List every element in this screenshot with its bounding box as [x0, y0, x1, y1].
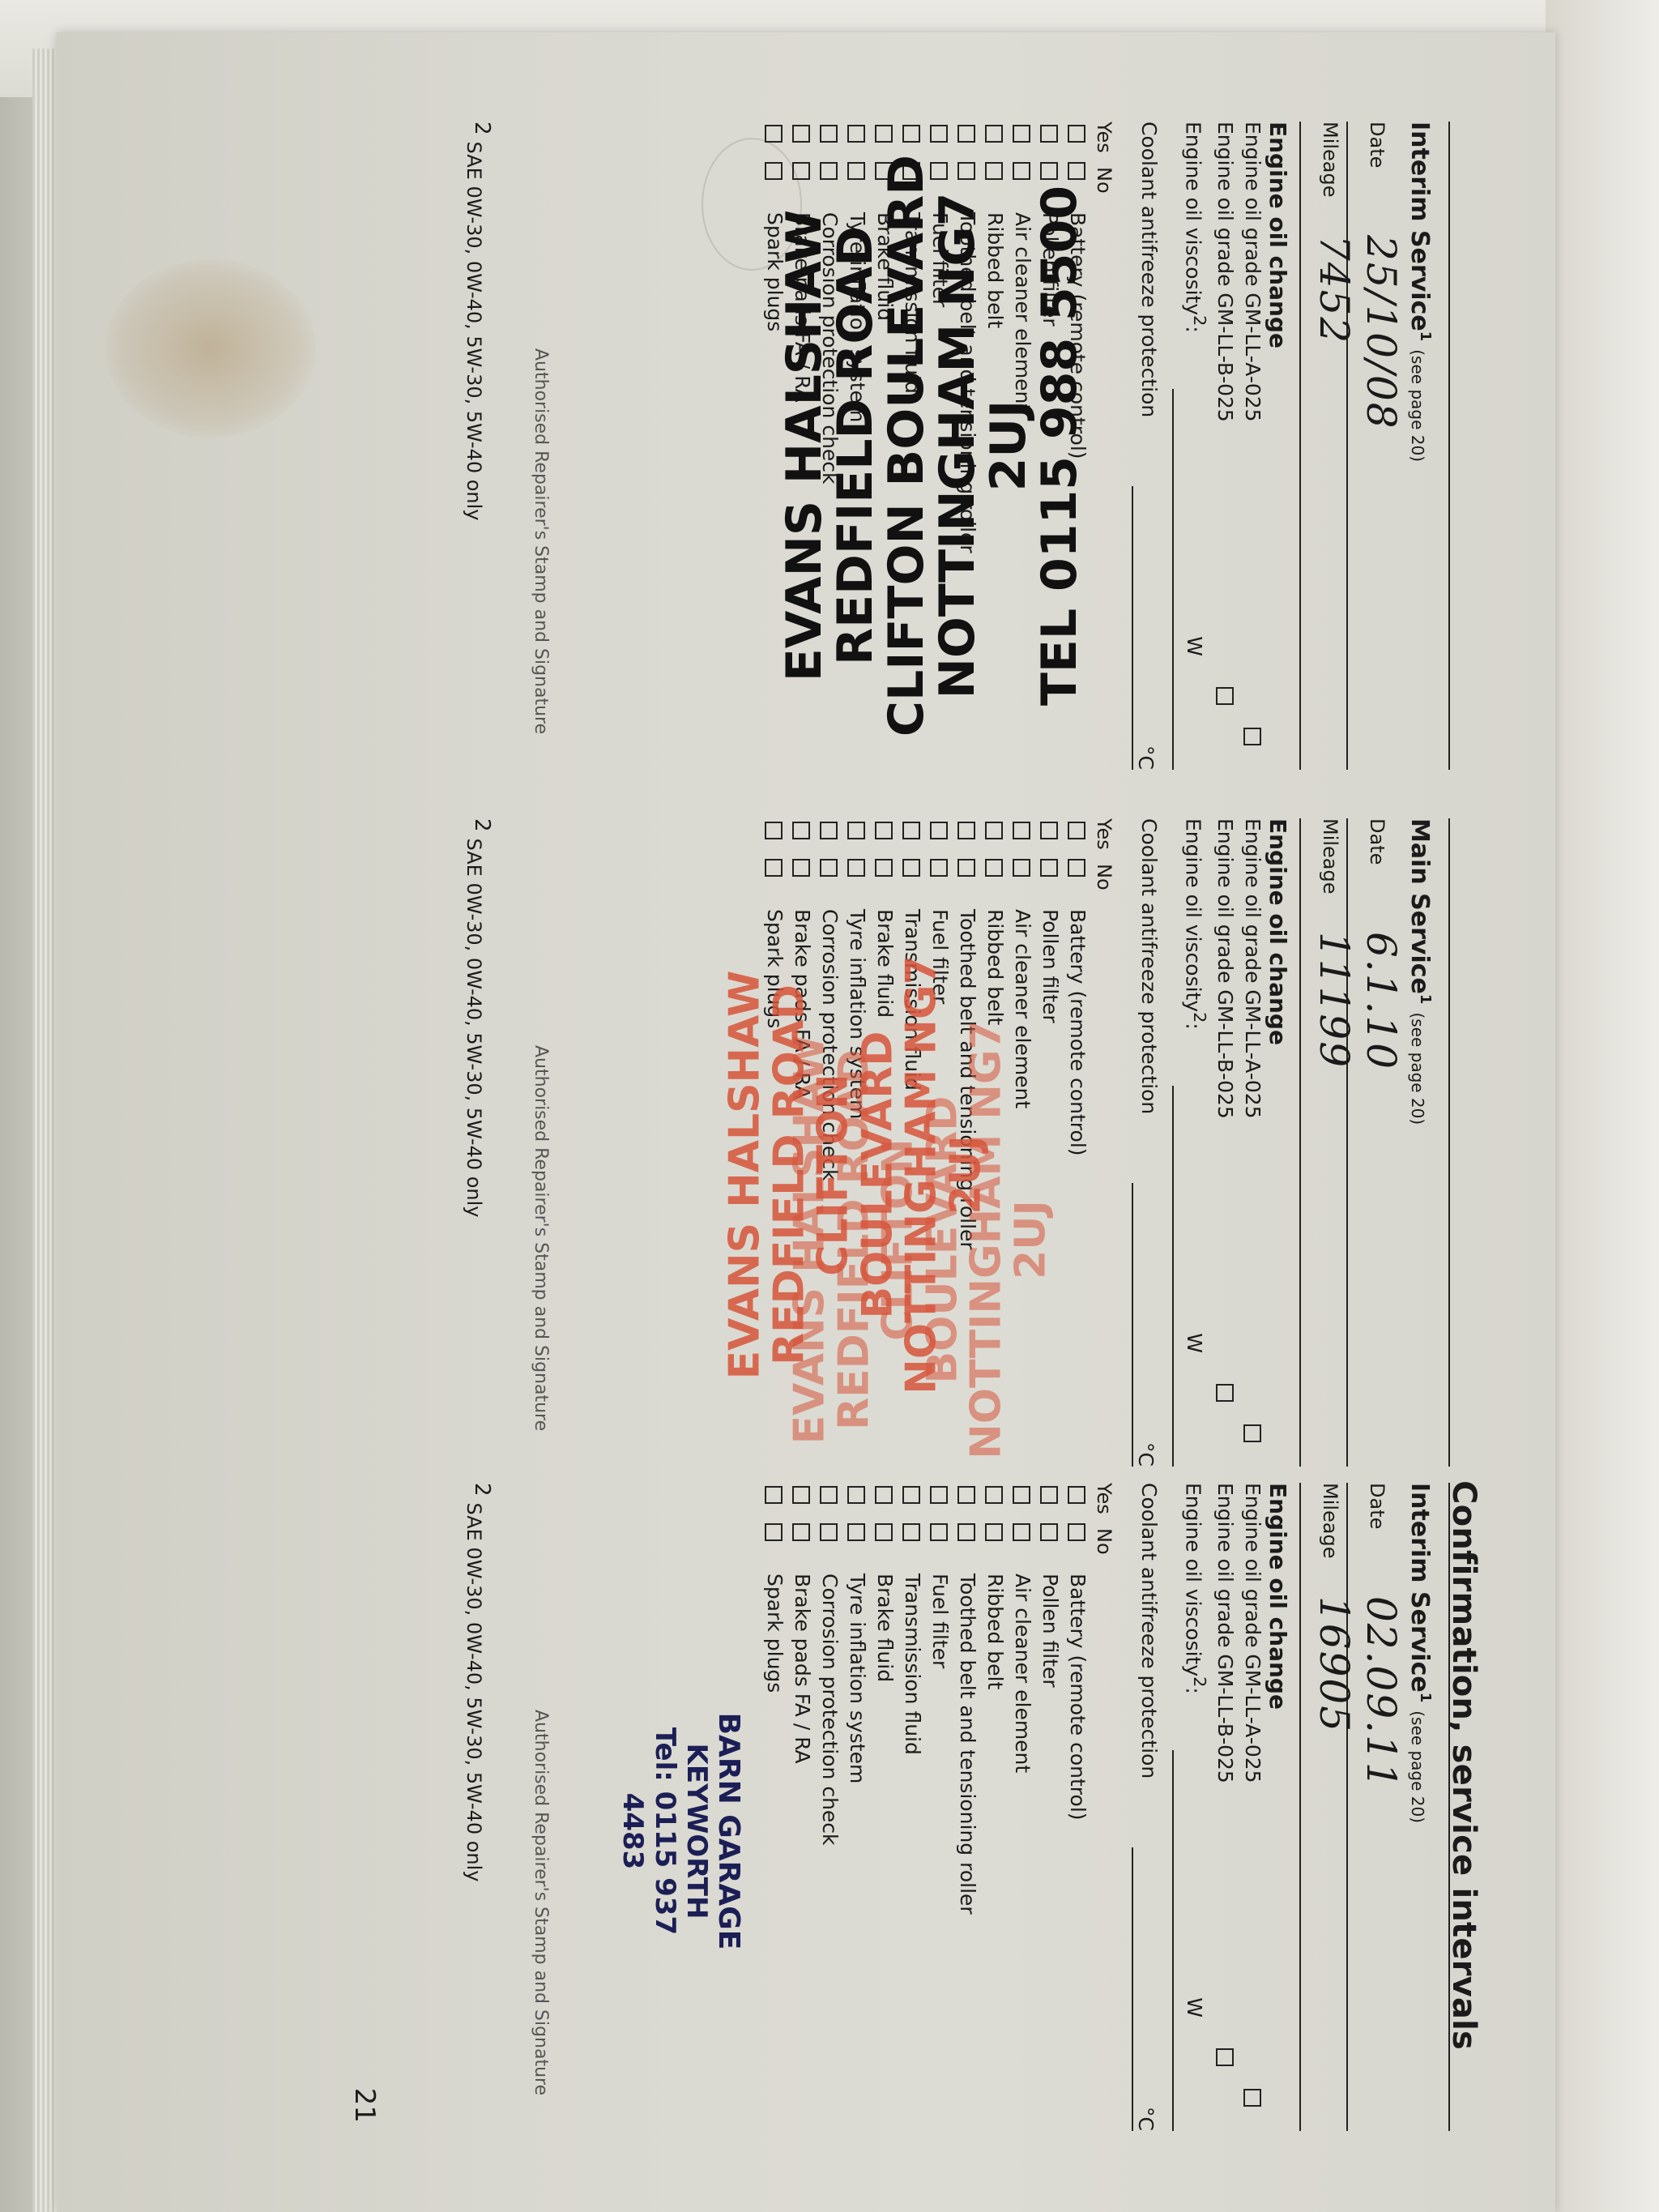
oil-grade-b-row: Engine oil grade GM-LL-B-025: [1209, 122, 1237, 770]
coolant-label: Coolant antifreeze protection: [1137, 122, 1161, 417]
no-checkbox[interactable]: [875, 1523, 893, 1541]
no-checkbox[interactable]: [820, 859, 838, 877]
date-value: 02.09.11: [1358, 1596, 1405, 1790]
checklist-item: Toothed belt and tensioning roller: [952, 1483, 979, 2131]
footnote-text: SAE 0W-30, 0W-40, 5W-30, 5W-40 only: [463, 839, 485, 1218]
checklist-item: Ribbed belt: [979, 1483, 1007, 2131]
date-label: Date: [1366, 122, 1388, 168]
no-checkbox[interactable]: [957, 859, 975, 877]
no-checkbox[interactable]: [930, 859, 948, 877]
stamp-line: BARN GARAGE: [712, 1685, 745, 1977]
oil-grade-a-checkbox[interactable]: [1243, 728, 1261, 745]
stamp-signature-label: Authorised Repairer's Stamp and Signatur…: [531, 1045, 551, 1431]
stamp-line: TEL 0115 988 5500: [1034, 154, 1085, 737]
stamp-signature-label: Authorised Repairer's Stamp and Signatur…: [531, 348, 551, 734]
yes-checkbox[interactable]: [765, 822, 783, 839]
checklist-item-label: Spark plugs: [763, 1574, 787, 1693]
no-checkbox[interactable]: [765, 859, 783, 877]
yes-label: Yes: [1093, 1483, 1115, 1514]
date-value: 25/10/08: [1358, 235, 1405, 430]
date-label: Date: [1366, 818, 1388, 865]
no-checkbox[interactable]: [985, 859, 1003, 877]
yes-checkbox[interactable]: [1068, 822, 1085, 839]
oil-viscosity-label: Engine oil viscosity: [1182, 122, 1205, 315]
oil-grade-a-checkbox[interactable]: [1243, 2089, 1261, 2107]
stamp-line: REDFIELD ROAD: [830, 154, 881, 737]
no-label: No: [1093, 864, 1115, 890]
yes-checkbox[interactable]: [1013, 1486, 1030, 1504]
mileage-value: 7452: [1311, 235, 1358, 344]
viscosity-footnote: 2SAE 0W-30, 0W-40, 5W-30, 5W-40 only: [463, 818, 494, 1218]
oil-viscosity-row[interactable]: Engine oil viscosity2: W: [1161, 818, 1209, 1467]
evans-halshaw-stamp-black: EVANS HALSHAW REDFIELD ROAD CLIFTON BOUL…: [779, 154, 1085, 737]
oil-grade-b-row: Engine oil grade GM-LL-B-025: [1209, 1483, 1237, 2131]
stamp-line: EVANS HALSHAW: [723, 932, 767, 1418]
checklist-item: Transmission fluid: [897, 1483, 924, 2131]
viscosity-unit: W: [1183, 1333, 1206, 1353]
footnote-mark: 2: [1190, 315, 1209, 326]
no-checkbox[interactable]: [875, 859, 893, 877]
yes-checkbox[interactable]: [957, 822, 975, 839]
viscosity-line: [1172, 1750, 1174, 2131]
checklist-item: Air cleaner element: [1007, 1483, 1034, 2131]
viscosity-footnote: 2SAE 0W-30, 0W-40, 5W-30, 5W-40 only: [463, 122, 494, 521]
checklist-item-label: Brake pads FA / RA: [791, 1574, 814, 1764]
coolant-line: [1132, 1847, 1133, 2131]
yes-checkbox[interactable]: [1013, 822, 1030, 839]
yes-no-header: Yes No: [1090, 122, 1115, 770]
viscosity-unit: W: [1183, 636, 1206, 656]
oil-grade-a-label: Engine oil grade GM-LL-A-025: [1241, 1483, 1265, 1783]
stamp-line: NOTTINGHAM NG7 2UJ: [900, 932, 988, 1418]
see-page-ref: (see page 20): [1408, 1012, 1427, 1125]
oil-grade-a-label: Engine oil grade GM-LL-A-025: [1241, 122, 1265, 422]
stamp-line: CLIFTON BOULEVARD: [812, 932, 900, 1418]
no-checkbox[interactable]: [792, 1523, 810, 1541]
checklist-item: Corrosion protection check: [814, 1483, 842, 2131]
oil-viscosity-row[interactable]: Engine oil viscosity2: W: [1161, 1483, 1209, 2131]
coolant-unit: °C: [1134, 745, 1158, 770]
oil-grade-b-checkbox[interactable]: [1216, 1384, 1234, 1402]
yes-checkbox[interactable]: [875, 822, 893, 839]
no-checkbox[interactable]: [792, 859, 810, 877]
footnote-mark: 1: [1417, 994, 1434, 1005]
see-page-ref: (see page 20): [1408, 1710, 1427, 1823]
checklist-item-label: Brake fluid: [873, 1574, 897, 1682]
no-checkbox[interactable]: [1040, 1523, 1058, 1541]
checklist-item: Battery (remote control): [1062, 1483, 1090, 2131]
no-checkbox[interactable]: [765, 1523, 783, 1541]
coolant-unit: °C: [1134, 2107, 1158, 2131]
footnote-mark: 2: [470, 1483, 494, 1497]
oil-heading: Engine oil change: [1265, 818, 1291, 1467]
yes-checkbox[interactable]: [902, 822, 920, 839]
checklist-item-label: Pollen filter: [1038, 1574, 1062, 1688]
oil-heading: Engine oil change: [1265, 1483, 1291, 2131]
viscosity-line: [1172, 389, 1174, 770]
yes-checkbox[interactable]: [902, 1486, 920, 1504]
yes-checkbox[interactable]: [847, 1486, 865, 1504]
oil-grade-b-label: Engine oil grade GM-LL-B-025: [1213, 1483, 1237, 1783]
yes-checkbox[interactable]: [930, 822, 948, 839]
service-title: Main Service1(see page 20): [1405, 818, 1434, 1125]
oil-grade-b-row: Engine oil grade GM-LL-B-025: [1209, 818, 1237, 1467]
date-field[interactable]: Date 02.09.11: [1346, 1483, 1393, 2131]
stamp-line: Tel: 0115 937 4483: [616, 1685, 680, 1977]
stamp-line: REDFIELD ROAD: [767, 932, 812, 1418]
yes-checkbox[interactable]: [847, 822, 865, 839]
oil-viscosity-label: Engine oil viscosity: [1182, 818, 1205, 1012]
service-record-page: Confirmation, service intervals 21 Inter…: [211, 122, 1507, 2147]
date-label: Date: [1366, 1483, 1388, 1529]
see-page-ref: (see page 20): [1408, 349, 1427, 462]
viscosity-unit: W: [1183, 1997, 1206, 2018]
no-checkbox[interactable]: [1013, 859, 1030, 877]
footnote-mark: 2: [1190, 1676, 1209, 1687]
yes-checkbox[interactable]: [1040, 125, 1058, 143]
no-checkbox[interactable]: [957, 1523, 975, 1541]
checklist-item: Spark plugs: [759, 1483, 787, 2131]
yes-checkbox[interactable]: [792, 125, 810, 143]
stamp-signature-label: Authorised Repairer's Stamp and Signatur…: [531, 1710, 551, 2095]
yes-checkbox[interactable]: [985, 1486, 1003, 1504]
mileage-field[interactable]: Mileage 7452: [1299, 122, 1346, 770]
barn-garage-stamp: BARN GARAGE KEYWORTH Tel: 0115 937 4483: [616, 1685, 745, 1977]
yes-checkbox[interactable]: [792, 822, 810, 839]
coolant-label: Coolant antifreeze protection: [1137, 1483, 1161, 1779]
oil-grade-a-label: Engine oil grade GM-LL-A-025: [1241, 818, 1265, 1119]
yes-label: Yes: [1093, 818, 1115, 850]
mileage-value: 11199: [1311, 932, 1358, 1069]
yes-checkbox[interactable]: [847, 125, 865, 143]
service-checklist: Battery (remote control)Pollen filterAir…: [759, 1483, 1090, 2131]
oil-grade-b-checkbox[interactable]: [1216, 687, 1234, 705]
no-checkbox[interactable]: [847, 1523, 865, 1541]
mileage-field[interactable]: Mileage 16905: [1299, 1483, 1346, 2131]
oil-viscosity-row[interactable]: Engine oil viscosity2: W: [1161, 122, 1209, 770]
yes-checkbox[interactable]: [820, 1486, 838, 1504]
service-name: Interim Service: [1405, 122, 1434, 331]
yes-checkbox[interactable]: [902, 125, 920, 143]
yes-checkbox[interactable]: [875, 1486, 893, 1504]
yes-checkbox[interactable]: [930, 1486, 948, 1504]
oil-grade-a-row: Engine oil grade GM-LL-A-025: [1237, 122, 1265, 770]
mileage-field[interactable]: Mileage 11199: [1299, 818, 1346, 1467]
coolant-row[interactable]: Coolant antifreeze protection °C: [1115, 1483, 1161, 2131]
stamp-line: KEYWORTH: [680, 1685, 712, 1977]
footnote-mark: 2: [470, 818, 494, 832]
oil-heading: Engine oil change: [1265, 122, 1291, 770]
coolant-line: [1132, 1183, 1133, 1467]
date-field[interactable]: Date 25/10/08: [1346, 122, 1393, 770]
mileage-value: 16905: [1311, 1596, 1358, 1733]
coolant-row[interactable]: Coolant antifreeze protection °C: [1115, 122, 1161, 770]
yes-checkbox[interactable]: [930, 125, 948, 143]
yes-checkbox[interactable]: [957, 1486, 975, 1504]
no-checkbox[interactable]: [902, 859, 920, 877]
yes-checkbox[interactable]: [1040, 822, 1058, 839]
no-checkbox[interactable]: [1040, 859, 1058, 877]
evans-halshaw-stamp-red: EVANS HALSHAW REDFIELD ROAD CLIFTON BOUL…: [723, 932, 988, 1418]
yes-checkbox[interactable]: [765, 125, 783, 143]
engine-oil-section: Engine oil change Engine oil grade GM-LL…: [759, 1483, 1291, 2131]
mileage-label: Mileage: [1319, 1483, 1341, 1559]
footnote-text: SAE 0W-30, 0W-40, 5W-30, 5W-40 only: [463, 1503, 485, 1882]
no-checkbox[interactable]: [1068, 1523, 1085, 1541]
yes-no-header: Yes No: [1090, 1483, 1115, 2131]
yes-checkbox[interactable]: [957, 125, 975, 143]
checklist-item: Brake pads FA / RA: [787, 1483, 814, 2131]
yes-checkbox[interactable]: [1068, 125, 1085, 143]
background-right: [1546, 0, 1659, 2212]
no-checkbox[interactable]: [985, 1523, 1003, 1541]
checklist-item-label: Ribbed belt: [983, 1574, 1007, 1689]
stamp-line: EVANS HALSHAW: [779, 154, 830, 737]
oil-grade-b-label: Engine oil grade GM-LL-B-025: [1213, 818, 1237, 1119]
checklist-item-label: Corrosion protection check: [818, 1574, 842, 1846]
checklist-item: Brake fluid: [869, 1483, 897, 2131]
checklist-item-label: Air cleaner element: [1011, 1574, 1034, 1773]
oil-grade-a-checkbox[interactable]: [1243, 1424, 1261, 1442]
coolant-label: Coolant antifreeze protection: [1137, 818, 1161, 1114]
yes-no-header: Yes No: [1090, 818, 1115, 1467]
page-number: 21: [348, 2088, 381, 2123]
coolant-line: [1132, 486, 1133, 770]
mileage-label: Mileage: [1319, 818, 1341, 895]
service-name: Main Service: [1405, 818, 1434, 994]
page-title: Confirmation, service intervals: [1445, 1480, 1482, 2050]
checklist-item: Tyre inflation system: [842, 1483, 869, 2131]
coolant-unit: °C: [1134, 1442, 1158, 1467]
yes-label: Yes: [1093, 122, 1115, 153]
no-checkbox[interactable]: [902, 1523, 920, 1541]
yes-checkbox[interactable]: [820, 125, 838, 143]
no-label: No: [1093, 167, 1115, 194]
yes-checkbox[interactable]: [792, 1486, 810, 1504]
yes-checkbox[interactable]: [985, 822, 1003, 839]
no-checkbox[interactable]: [930, 1523, 948, 1541]
service-name: Interim Service: [1405, 1483, 1434, 1693]
checklist-item-label: Tyre inflation system: [846, 1574, 869, 1783]
oil-viscosity-label: Engine oil viscosity: [1182, 1483, 1205, 1676]
yes-checkbox[interactable]: [875, 125, 893, 143]
fingerprint-smudge: [105, 259, 316, 438]
mileage-label: Mileage: [1319, 122, 1341, 198]
no-checkbox[interactable]: [847, 859, 865, 877]
no-checkbox[interactable]: [820, 1523, 838, 1541]
column-rule: [1448, 122, 1450, 770]
footnote-mark: 2: [1190, 1012, 1209, 1023]
stamp-line: NOTTINGHAM NG7 2UJ: [932, 154, 1034, 737]
checklist-item-label: Battery (remote control): [1066, 1574, 1090, 1821]
oil-grade-b-checkbox[interactable]: [1216, 2048, 1234, 2066]
coolant-row[interactable]: Coolant antifreeze protection °C: [1115, 818, 1161, 1467]
checklist-item-label: Fuel filter: [928, 1574, 952, 1668]
footnote-mark: 2: [470, 122, 494, 135]
oil-grade-b-label: Engine oil grade GM-LL-B-025: [1213, 122, 1237, 422]
footnote-mark: 1: [1417, 1693, 1434, 1703]
yes-checkbox[interactable]: [985, 125, 1003, 143]
checklist-item-label: Battery (remote control): [1066, 909, 1090, 1156]
viscosity-line: [1172, 1086, 1174, 1467]
checklist-item-label: Transmission fluid: [901, 1574, 924, 1755]
oil-grade-a-row: Engine oil grade GM-LL-A-025: [1237, 1483, 1265, 2131]
no-label: No: [1093, 1528, 1115, 1555]
service-column-3: Interim Service1(see page 20) Date 02.09…: [437, 1483, 1450, 2131]
footnote-text: SAE 0W-30, 0W-40, 5W-30, 5W-40 only: [463, 142, 485, 521]
service-title: Interim Service1(see page 20): [1405, 122, 1434, 462]
date-field[interactable]: Date 6.1.10: [1346, 818, 1393, 1467]
checklist-item: Battery (remote control): [1062, 818, 1090, 1467]
footnote-mark: 1: [1417, 331, 1434, 342]
yes-checkbox[interactable]: [820, 822, 838, 839]
service-title: Interim Service1(see page 20): [1405, 1483, 1434, 1823]
column-rule: [1448, 1483, 1450, 2131]
no-checkbox[interactable]: [1068, 859, 1085, 877]
column-rule: [1448, 818, 1450, 1467]
no-checkbox[interactable]: [1013, 1523, 1030, 1541]
checklist-item: Pollen filter: [1034, 1483, 1062, 2131]
stamp-line: CLIFTON BOULEVARD: [881, 154, 932, 737]
yes-checkbox[interactable]: [1040, 1486, 1058, 1504]
date-value: 6.1.10: [1358, 932, 1405, 1070]
yes-checkbox[interactable]: [765, 1486, 783, 1504]
viscosity-footnote: 2SAE 0W-30, 0W-40, 5W-30, 5W-40 only: [463, 1483, 494, 1882]
yes-checkbox[interactable]: [1068, 1486, 1085, 1504]
yes-checkbox[interactable]: [1013, 125, 1030, 143]
checklist-item: Fuel filter: [924, 1483, 952, 2131]
oil-grade-a-row: Engine oil grade GM-LL-A-025: [1237, 818, 1265, 1467]
checklist-item-label: Toothed belt and tensioning roller: [956, 1574, 979, 1915]
